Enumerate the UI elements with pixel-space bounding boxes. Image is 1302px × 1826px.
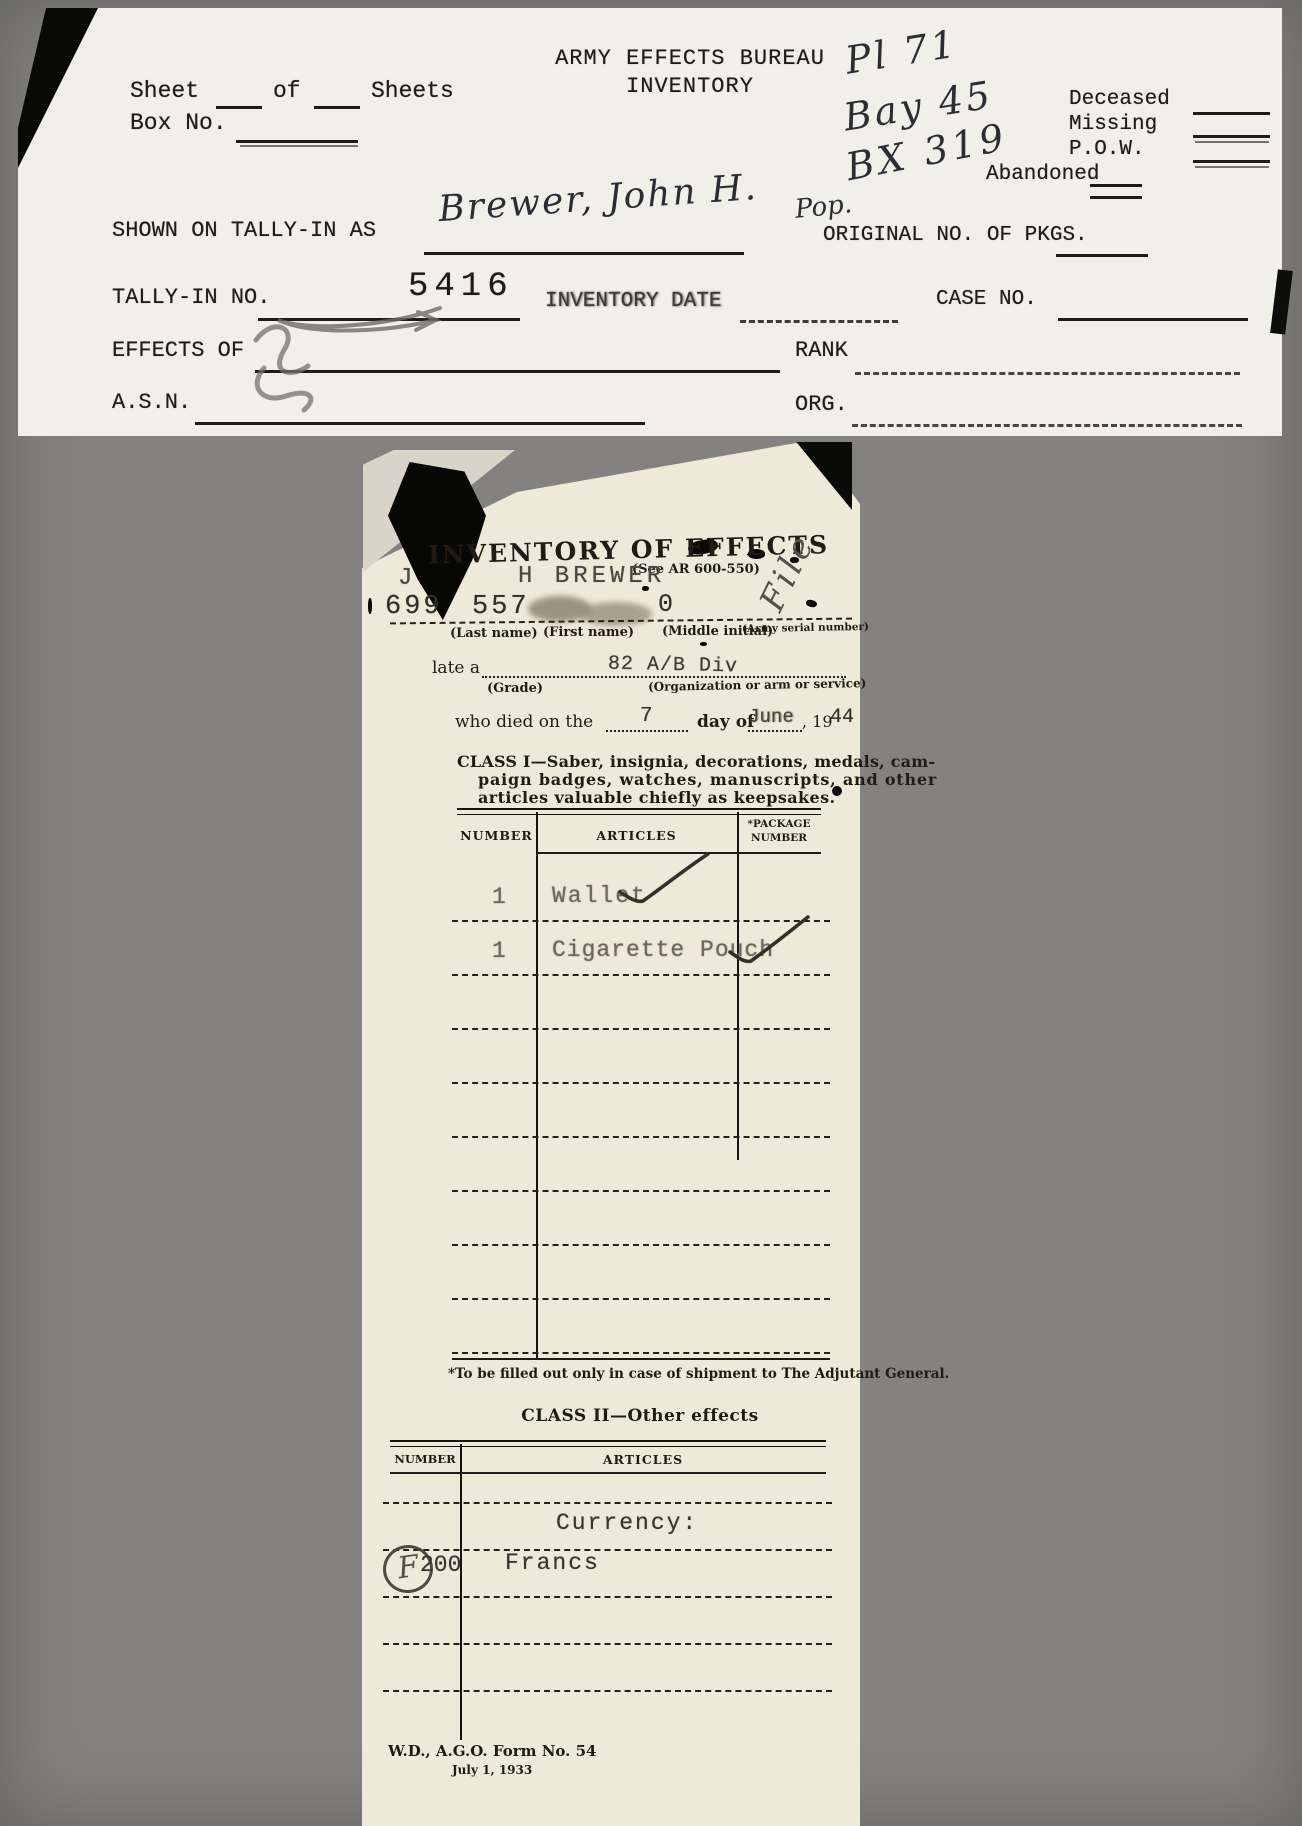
serial-number-part2: 557: [472, 592, 530, 622]
class1-row-divider: [452, 1298, 830, 1300]
status-missing-blank-echo: [1195, 141, 1269, 143]
pencil-scribble: [190, 288, 500, 418]
died-mid: day of: [697, 712, 754, 732]
class2-header-underline: [390, 1472, 826, 1474]
form-title-line1: ARMY EFFECTS BUREAU: [545, 46, 835, 71]
sheets-total-blank: [314, 106, 360, 109]
checkmark-icon: [726, 912, 812, 970]
class1-row1-number: 1: [492, 884, 506, 910]
class1-row-divider: [452, 1028, 830, 1030]
status-abandoned-blank2: [1090, 196, 1142, 199]
class1-header-number: NUMBER: [457, 828, 536, 843]
status-missing-label: Missing: [1069, 113, 1157, 136]
status-pow-blank-echo: [1195, 166, 1269, 168]
class1-row-divider: [452, 1352, 830, 1354]
died-day-blank: [606, 730, 688, 732]
inventory-date-blank: [740, 320, 898, 323]
currency-symbol-glyph: F: [395, 1549, 420, 1587]
status-pow-blank: [1193, 160, 1270, 163]
died-month-value: June: [748, 706, 794, 728]
class2-row-divider: [383, 1549, 832, 1551]
class1-number-divider: [536, 812, 538, 1358]
class1-heading-line1: CLASS I—Saber, insignia, decorations, me…: [457, 752, 935, 771]
class2-header-number: NUMBER: [390, 1452, 460, 1466]
class2-number-divider: [460, 1444, 462, 1740]
ink-speck: [700, 642, 707, 646]
rank-blank: [855, 372, 1240, 375]
inventory-date-label: INVENTORY DATE: [545, 290, 721, 313]
status-missing-blank: [1193, 135, 1270, 138]
class1-header-articles: ARTICLES: [536, 828, 737, 843]
class2-header-articles: ARTICLES: [460, 1452, 826, 1467]
status-pow-label: P.O.W.: [1069, 138, 1145, 161]
class1-header-package-line2: NUMBER: [737, 832, 821, 844]
box-no-blank: [236, 140, 358, 143]
class2-row-divider: [383, 1643, 832, 1645]
ink-speck: [368, 598, 372, 614]
box-no-blank-echo: [240, 145, 358, 147]
sheets-label: Sheets: [371, 78, 454, 104]
class1-package-divider: [737, 812, 739, 1160]
form-title-line2: INVENTORY: [545, 74, 835, 99]
original-pkgs-label: ORIGINAL NO. OF PKGS.: [823, 224, 1088, 247]
class1-header-package-line1: *PACKAGE: [737, 818, 821, 830]
rank-label: RANK: [795, 338, 848, 363]
box-no-label: Box No.: [130, 110, 227, 136]
org-label: ORG.: [795, 392, 848, 417]
shown-on-tally-label: SHOWN ON TALLY-IN AS: [112, 218, 376, 243]
class1-row-divider: [452, 1082, 830, 1084]
late-a-label: late a: [432, 658, 480, 678]
handwritten-note: Pop.: [794, 189, 854, 225]
class1-row-divider: [452, 1136, 830, 1138]
case-no-blank: [1058, 318, 1248, 321]
class1-row-divider: [452, 1244, 830, 1246]
asn-blank: [195, 422, 645, 425]
died-month-blank: [748, 730, 802, 732]
stamped-name-left: J: [398, 565, 416, 592]
status-deceased-label: Deceased: [1069, 88, 1170, 111]
grade-label: (Grade): [487, 681, 543, 696]
shown-on-tally-blank: [424, 252, 744, 255]
class1-table-top-rule: [457, 808, 821, 815]
label-army-serial: (Army serial number): [742, 621, 869, 635]
form-number: W.D., A.G.O. Form No. 54: [388, 1742, 596, 1760]
inventory-of-effects-tag: [362, 442, 860, 1826]
sheet-label: Sheet: [130, 78, 199, 104]
sheet-number-blank: [216, 106, 262, 109]
class2-row-divider: [383, 1690, 832, 1692]
class2-article-value: Francs: [505, 1550, 600, 1576]
died-year-value: 44: [830, 706, 854, 729]
class1-footnote: *To be filled out only in case of shipme…: [448, 1366, 834, 1382]
status-abandoned-blank: [1090, 184, 1142, 187]
class1-heading-line3: articles valuable chiefly as keepsakes.: [478, 788, 835, 807]
serial-number-part3: 0: [658, 590, 673, 619]
class2-row-divider: [383, 1596, 832, 1598]
class1-row-divider: [452, 1190, 830, 1192]
form-date: July 1, 1933: [452, 1763, 532, 1777]
scanned-document-canvas: Sheet of Sheets Box No. ARMY EFFECTS BUR…: [0, 0, 1302, 1826]
class2-qty-value: 200: [420, 1552, 461, 1578]
serial-number-part1: 699: [385, 592, 443, 622]
class1-row2-number: 1: [492, 938, 506, 964]
case-no-label: CASE NO.: [936, 288, 1037, 311]
status-deceased-blank: [1193, 112, 1270, 115]
asn-label: A.S.N.: [112, 390, 191, 415]
of-label: of: [273, 78, 301, 104]
checkmark-icon: [616, 850, 712, 910]
class1-row-divider: [452, 974, 830, 976]
died-year-prefix: , 19: [802, 712, 833, 731]
class2-currency-label: Currency:: [556, 1510, 698, 1536]
label-last-name: (Last name): [450, 626, 538, 641]
class1-table-bottom-rule: [452, 1358, 830, 1360]
died-prefix: who died on the: [455, 712, 593, 732]
stamped-name-right: H BREWER: [518, 563, 665, 590]
organization-value: 82 A/B Div: [608, 653, 738, 679]
class2-table-top-rule: [390, 1440, 826, 1447]
stamp-smudge: [580, 602, 652, 626]
status-abandoned-label: Abandoned: [986, 163, 1099, 186]
class2-heading: CLASS II—Other effects: [450, 1406, 830, 1426]
class2-row-divider: [383, 1502, 832, 1504]
label-first-name: (First name): [543, 625, 634, 640]
original-pkgs-blank: [1056, 254, 1148, 257]
class1-heading-line2: paign badges, watches, manuscripts, and …: [478, 770, 937, 789]
org-blank: [852, 424, 1242, 427]
died-day-value: 7: [640, 705, 653, 728]
